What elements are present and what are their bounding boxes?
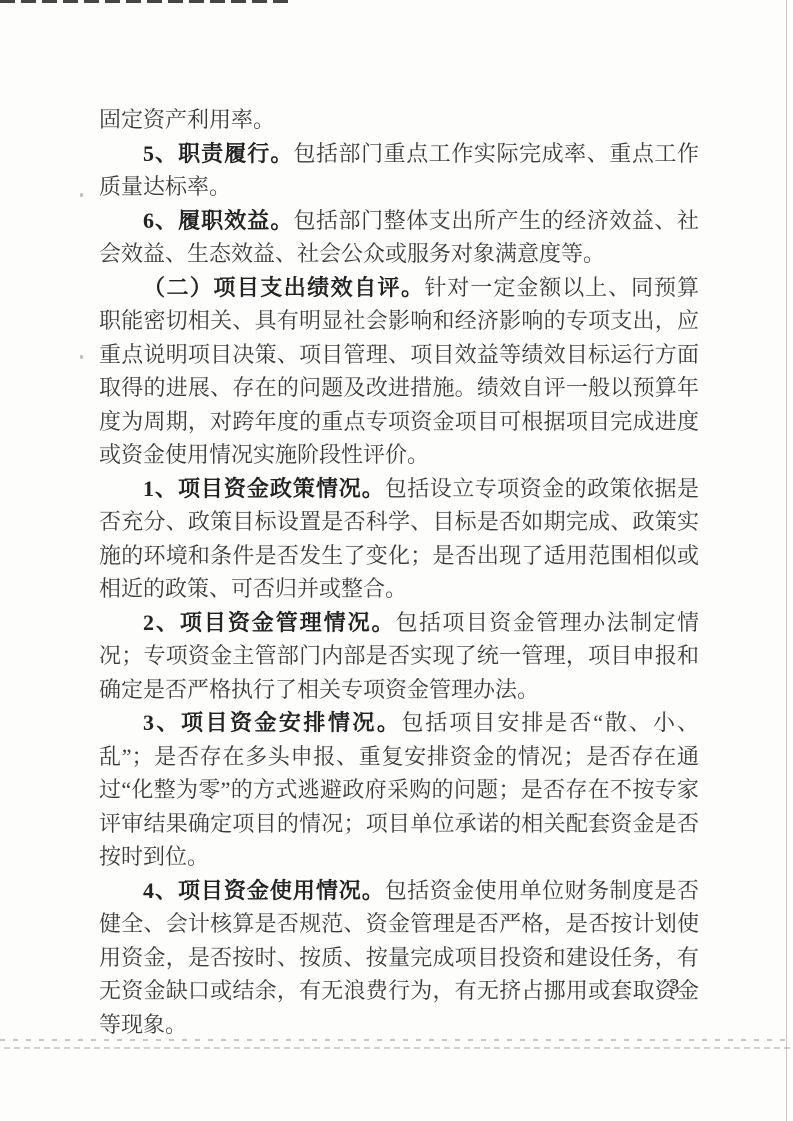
paragraph: 2、项目资金管理情况。包括项目资金管理办法制定情况；专项资金主管部门内部是否实现…: [99, 606, 699, 707]
page-number: 3: [669, 974, 680, 999]
paragraph-lead: 4、项目资金使用情况。: [143, 878, 385, 903]
paragraph: 5、职责履行。包括部门重点工作实际完成率、重点工作质量达标率。: [99, 137, 699, 204]
paragraph: 固定资产利用率。: [99, 103, 699, 137]
scan-artifact-bottom-noise: [0, 1047, 793, 1049]
paragraph-lead: 2、项目资金管理情况。: [143, 610, 396, 635]
paragraph-lead: 3、项目资金安排情况。: [143, 710, 401, 735]
paragraph-lead: 6、履职效益。: [143, 208, 293, 233]
paragraph-lead: （二）项目支出绩效自评。: [143, 275, 424, 300]
paragraph-text: 固定资产利用率。: [99, 107, 275, 132]
scan-artifact-right-edge-line: [786, 0, 787, 1121]
paragraph: 4、项目资金使用情况。包括资金使用单位财务制度是否健全、会计核算是否规范、资金管…: [99, 874, 699, 1042]
scan-speck: [80, 193, 83, 197]
paragraph-lead: 1、项目资金政策情况。: [143, 476, 385, 501]
scan-artifact-top-dashes: [0, 0, 293, 3]
paragraph: （二）项目支出绩效自评。针对一定金额以上、同预算职能密切相关、具有明显社会影响和…: [99, 271, 699, 472]
paragraph-lead: 5、职责履行。: [143, 141, 293, 166]
paragraph: 6、履职效益。包括部门整体支出所产生的经济效益、社会效益、生态效益、社会公众或服…: [99, 204, 699, 271]
paragraph: 1、项目资金政策情况。包括设立专项资金的政策依据是否充分、政策目标设置是否科学、…: [99, 472, 699, 606]
document-body: 固定资产利用率。5、职责履行。包括部门重点工作实际完成率、重点工作质量达标率。6…: [99, 103, 699, 1041]
paragraph: 3、项目资金安排情况。包括项目安排是否“散、小、乱”；是否存在多头申报、重复安排…: [99, 706, 699, 874]
paragraph-text: 针对一定金额以上、同预算职能密切相关、具有明显社会影响和经济影响的专项支出，应重…: [99, 275, 699, 468]
scan-speck: [80, 355, 83, 359]
